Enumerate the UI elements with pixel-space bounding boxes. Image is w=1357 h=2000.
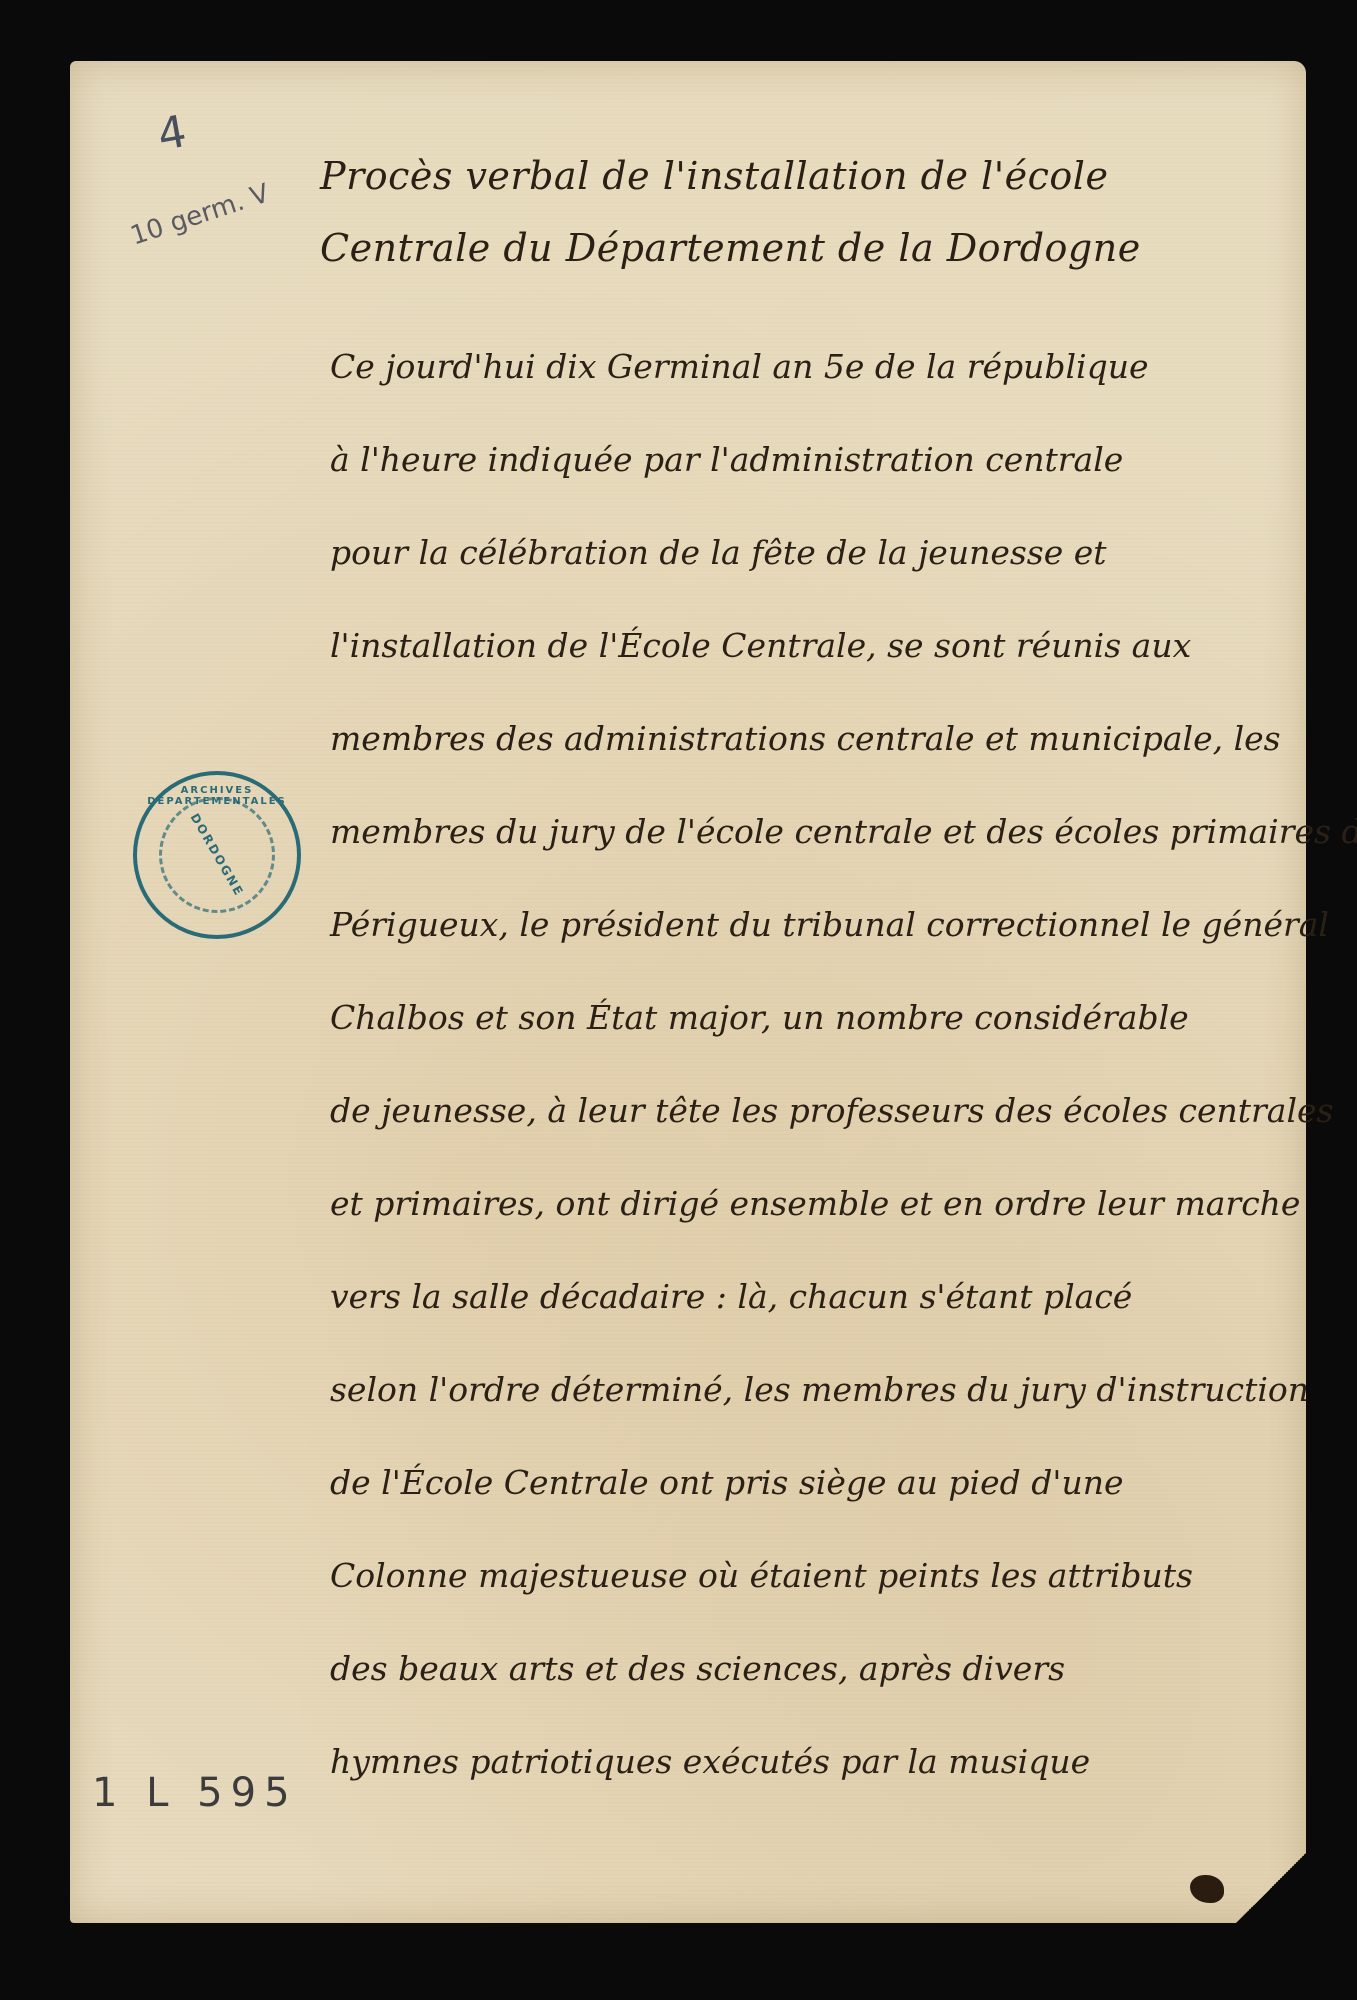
body-line: vers la salle décadaire : là, chacun s'é… bbox=[330, 1250, 1270, 1343]
body-line: membres du jury de l'école centrale et d… bbox=[330, 785, 1270, 878]
body-line: pour la célébration de la fête de la jeu… bbox=[330, 506, 1270, 599]
body-line: l'installation de l'École Centrale, se s… bbox=[330, 599, 1270, 692]
body-line: hymnes patriotiques exécutés par la musi… bbox=[330, 1715, 1270, 1808]
body-line: Ce jourd'hui dix Germinal an 5e de la ré… bbox=[330, 320, 1270, 413]
stamp-ring-text: ARCHIVES DEPARTEMENTALES bbox=[137, 785, 297, 807]
ink-stain bbox=[1190, 1875, 1224, 1903]
body-line: et primaires, ont dirigé ensemble et en … bbox=[330, 1157, 1270, 1250]
body-line: Périgueux, le président du tribunal corr… bbox=[330, 878, 1270, 971]
folded-corner bbox=[1236, 1853, 1306, 1923]
body-line: selon l'ordre déterminé, les membres du … bbox=[330, 1343, 1270, 1436]
shelf-mark: 1 L 595 bbox=[92, 1770, 298, 1816]
body-line: de jeunesse, à leur tête les professeurs… bbox=[330, 1064, 1270, 1157]
title-line: Centrale du Département de la Dordogne bbox=[320, 212, 1141, 284]
archives-stamp: ARCHIVES DEPARTEMENTALES DORDOGNE bbox=[133, 771, 301, 939]
body-line: de l'École Centrale ont pris siège au pi… bbox=[330, 1436, 1270, 1529]
body-line: à l'heure indiquée par l'administration … bbox=[330, 413, 1270, 506]
body-line: Colonne majestueuse où étaient peints le… bbox=[330, 1529, 1270, 1622]
title-line: Procès verbal de l'installation de l'éco… bbox=[320, 140, 1141, 212]
body-line: membres des administrations centrale et … bbox=[330, 692, 1270, 785]
document-body: Ce jourd'hui dix Germinal an 5e de la ré… bbox=[330, 320, 1270, 1808]
document-title: Procès verbal de l'installation de l'éco… bbox=[320, 140, 1141, 284]
body-line: Chalbos et son État major, un nombre con… bbox=[330, 971, 1270, 1064]
body-line: des beaux arts et des sciences, après di… bbox=[330, 1622, 1270, 1715]
